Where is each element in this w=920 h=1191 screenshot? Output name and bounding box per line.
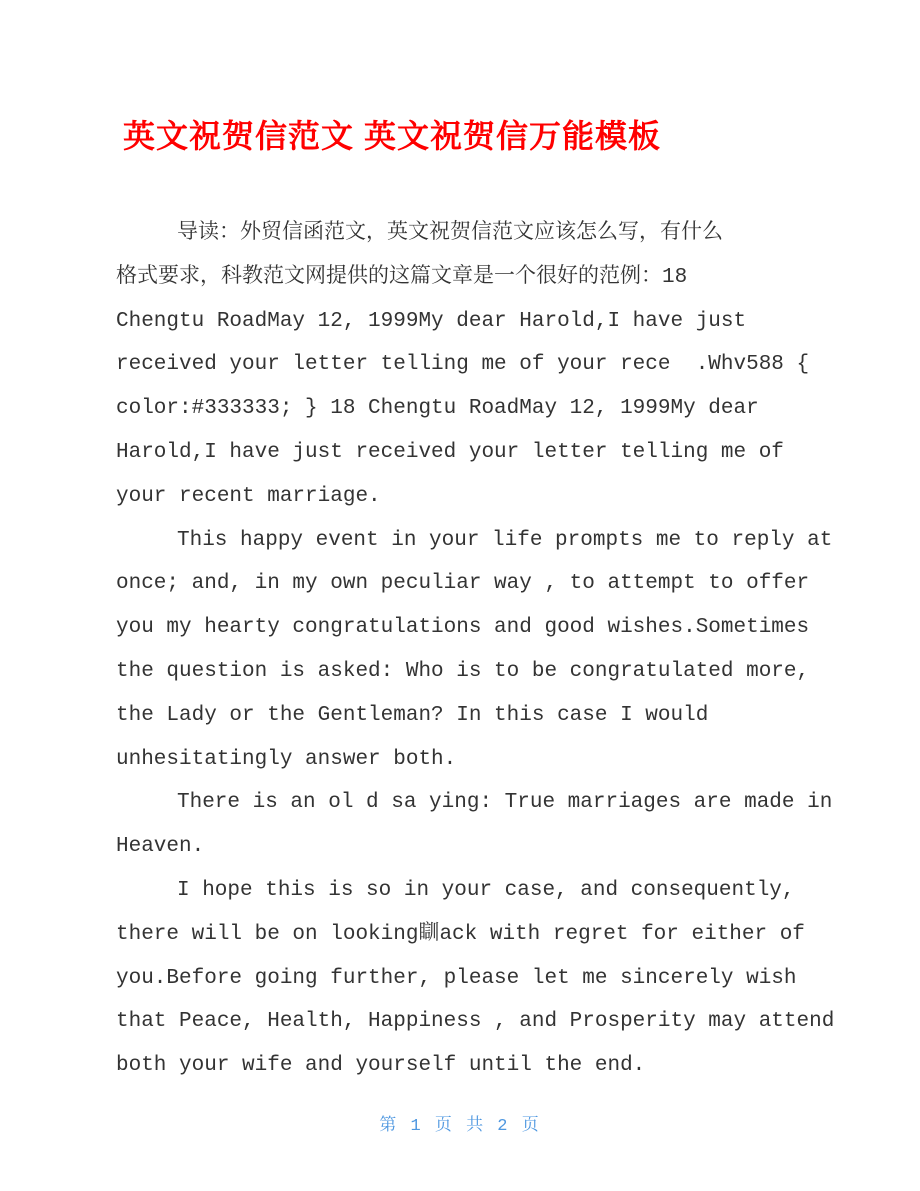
paragraph-1-line: your recent marriage. [116,475,900,519]
paragraph-2-line: unhesitatingly answer both. [116,738,900,782]
paragraph-3-line: There is an ol d sa ying: True marriages… [116,781,900,825]
paragraph-2-line: once; and, in my own peculiar way , to a… [116,562,900,606]
paragraph-2-line: This happy event in your life prompts me… [116,519,900,563]
paragraph-1-line: color:#333333; } 18 Chengtu RoadMay 12, … [116,387,900,431]
paragraph-1-line: Harold,I have just received your letter … [116,431,900,475]
document-body: 导读：外贸信函范文，英文祝贺信范文应该怎么写，有什么格式要求，科教范文网提供的这… [116,212,900,1088]
paragraph-4-line: there will be on looking瞓ack with regret… [116,913,900,957]
paragraph-2-line: you my hearty congratulations and good w… [116,606,900,650]
paragraph-1-line: received your letter telling me of your … [116,343,900,387]
paragraph-1-line: 导读：外贸信函范文，英文祝贺信范文应该怎么写，有什么 [116,212,900,256]
paragraph-3-line: Heaven. [116,825,900,869]
document-title: 英文祝贺信范文 英文祝贺信万能模板 [0,114,784,158]
paragraph-4-line: I hope this is so in your case, and cons… [116,869,900,913]
paragraph-4-line: both your wife and yourself until the en… [116,1044,900,1088]
paragraph-4-line: you.Before going further, please let me … [116,957,900,1001]
paragraph-2-line: the question is asked: Who is to be cong… [116,650,900,694]
paragraph-2-line: the Lady or the Gentleman? In this case … [116,694,900,738]
page-number-footer: 第 1 页 共 2 页 [0,1112,920,1142]
paragraph-1-line: 格式要求，科教范文网提供的这篇文章是一个很好的范例：18 [116,256,900,300]
document-page: 英文祝贺信范文 英文祝贺信万能模板 导读：外贸信函范文，英文祝贺信范文应该怎么写… [0,0,920,1191]
paragraph-1-line: Chengtu RoadMay 12, 1999My dear Harold,I… [116,300,900,344]
paragraph-4-line: that Peace, Health, Happiness , and Pros… [116,1000,900,1044]
